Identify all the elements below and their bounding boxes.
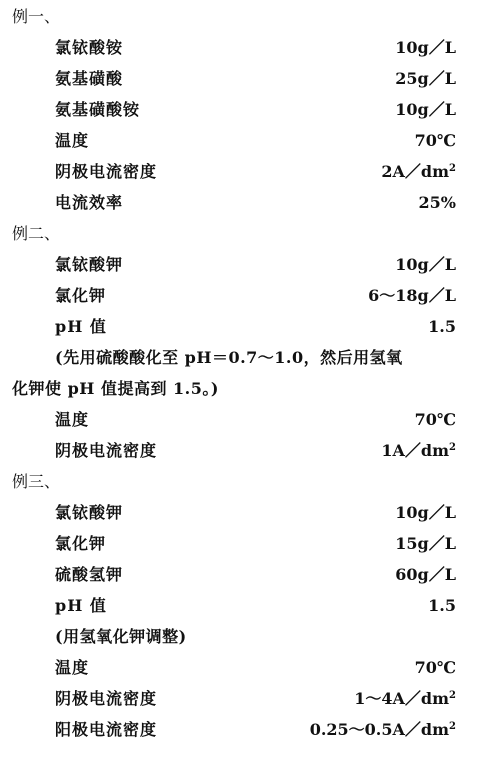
param-value: 1A／dm2 xyxy=(381,436,456,466)
param-value: 10g／L xyxy=(395,250,456,280)
param-label: 阳极电流密度 xyxy=(55,715,157,745)
example-1-row: 氯铱酸铵 10g／L xyxy=(0,33,502,63)
param-value: 15g／L xyxy=(395,529,456,559)
param-label: 温度 xyxy=(55,653,89,683)
param-label: 氯铱酸钾 xyxy=(55,250,123,280)
example-2-note: (先用硫酸酸化至 pH＝0.7～1.0，然后用氢氧 xyxy=(0,343,502,373)
param-value: 25g／L xyxy=(395,64,456,94)
param-label: 阴极电流密度 xyxy=(55,436,157,466)
example-3-row: 氯铱酸钾 10g／L xyxy=(0,498,502,528)
param-label: 氯铱酸铵 xyxy=(55,33,123,63)
example-2-note-continued: 化钾使 pH 值提高到 1.5。) xyxy=(0,374,502,404)
example-1-row: 氨基磺酸 25g／L xyxy=(0,64,502,94)
param-value: 6～18g／L xyxy=(368,281,456,311)
param-label: 氯化钾 xyxy=(55,281,106,311)
param-label: 阴极电流密度 xyxy=(55,684,157,714)
param-label: pH 值 xyxy=(55,312,107,342)
param-value: 0.25～0.5A／dm2 xyxy=(310,715,456,745)
param-label: pH 值 xyxy=(55,591,107,621)
example-3-row: 温度 70℃ xyxy=(0,653,502,683)
example-3-note: (用氢氧化钾调整) xyxy=(0,622,502,652)
example-2-row: 阴极电流密度 1A／dm2 xyxy=(0,436,502,466)
param-label: 电流效率 xyxy=(55,188,123,218)
param-value: 2A／dm2 xyxy=(381,157,456,187)
param-value: 70℃ xyxy=(415,405,456,435)
example-1-row: 电流效率 25% xyxy=(0,188,502,218)
param-value: 1～4A／dm2 xyxy=(354,684,456,714)
param-label: 氨基磺酸 xyxy=(55,64,123,94)
example-3-row: 氯化钾 15g／L xyxy=(0,529,502,559)
example-3-heading: 例三、 xyxy=(12,467,502,497)
example-3-row: 阴极电流密度 1～4A／dm2 xyxy=(0,684,502,714)
example-2-heading: 例二、 xyxy=(12,219,502,249)
example-2-row: 氯铱酸钾 10g／L xyxy=(0,250,502,280)
example-2-row: 氯化钾 6～18g／L xyxy=(0,281,502,311)
example-3-row: 硫酸氢钾 60g／L xyxy=(0,560,502,590)
param-label: 硫酸氢钾 xyxy=(55,560,123,590)
param-value: 10g／L xyxy=(395,95,456,125)
param-label: 温度 xyxy=(55,405,89,435)
example-2-row: pH 值 1.5 xyxy=(0,312,502,342)
param-value: 1.5 xyxy=(428,312,456,342)
example-1-row: 氨基磺酸铵 10g／L xyxy=(0,95,502,125)
param-value: 70℃ xyxy=(415,653,456,683)
param-label: 温度 xyxy=(55,126,89,156)
param-value: 70℃ xyxy=(415,126,456,156)
param-label: 氯铱酸钾 xyxy=(55,498,123,528)
param-label: 阴极电流密度 xyxy=(55,157,157,187)
param-label: 氨基磺酸铵 xyxy=(55,95,140,125)
param-value: 60g／L xyxy=(395,560,456,590)
document-page: 例一、 氯铱酸铵 10g／L 氨基磺酸 25g／L 氨基磺酸铵 10g／L 温度… xyxy=(0,0,502,784)
param-value: 25% xyxy=(419,188,456,218)
example-1-heading: 例一、 xyxy=(12,2,502,32)
param-label: 氯化钾 xyxy=(55,529,106,559)
example-1-row: 阴极电流密度 2A／dm2 xyxy=(0,157,502,187)
param-value: 10g／L xyxy=(395,498,456,528)
example-2-row: 温度 70℃ xyxy=(0,405,502,435)
example-3-row: 阳极电流密度 0.25～0.5A／dm2 xyxy=(0,715,502,745)
param-value: 1.5 xyxy=(428,591,456,621)
param-value: 10g／L xyxy=(395,33,456,63)
example-3-row: pH 值 1.5 xyxy=(0,591,502,621)
example-1-row: 温度 70℃ xyxy=(0,126,502,156)
